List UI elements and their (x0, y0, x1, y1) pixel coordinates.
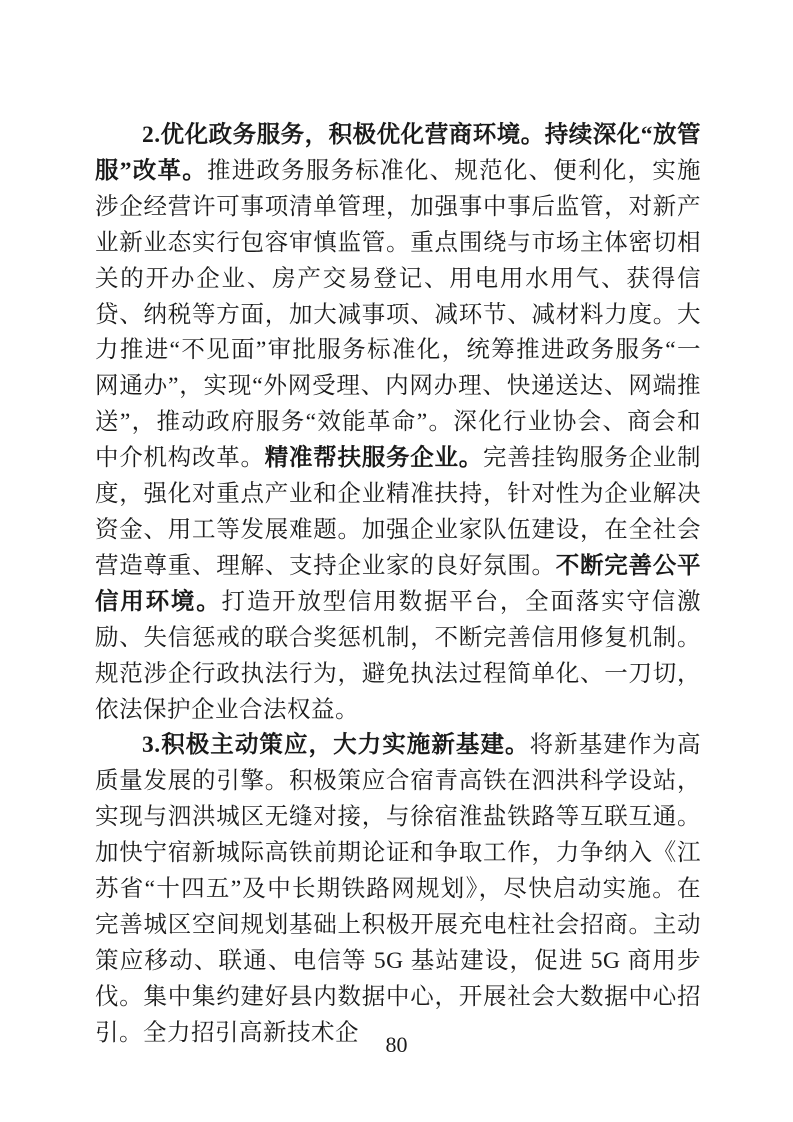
page-number: 80 (0, 1032, 793, 1058)
text-segment: 推进政务服务标准化、规范化、便利化，实施涉企经营许可事项清单管理，加强事中事后监… (95, 158, 701, 471)
document-page: 2.优化政务服务，积极优化营商环境。持续深化“放管服”改革。推进政务服务标准化、… (0, 0, 793, 1122)
document-body: 2.优化政务服务，积极优化营商环境。持续深化“放管服”改革。推进政务服务标准化、… (95, 118, 701, 1052)
paragraph-2-youhua-zhengwu-fuwu: 2.优化政务服务，积极优化营商环境。持续深化“放管服”改革。推进政务服务标准化、… (95, 118, 701, 728)
text-segment: 将新基建作为高质量发展的引擎。积极策应合宿青高铁在泗洪科学设站，实现与泗洪城区无… (95, 732, 701, 1045)
paragraph-3-xin-jijian: 3.积极主动策应，大力实施新基建。将新基建作为高质量发展的引擎。积极策应合宿青高… (95, 728, 701, 1051)
bold-text-segment: 精准帮扶服务企业。 (265, 445, 483, 471)
bold-text-segment: 3.积极主动策应，大力实施新基建。 (142, 732, 530, 758)
